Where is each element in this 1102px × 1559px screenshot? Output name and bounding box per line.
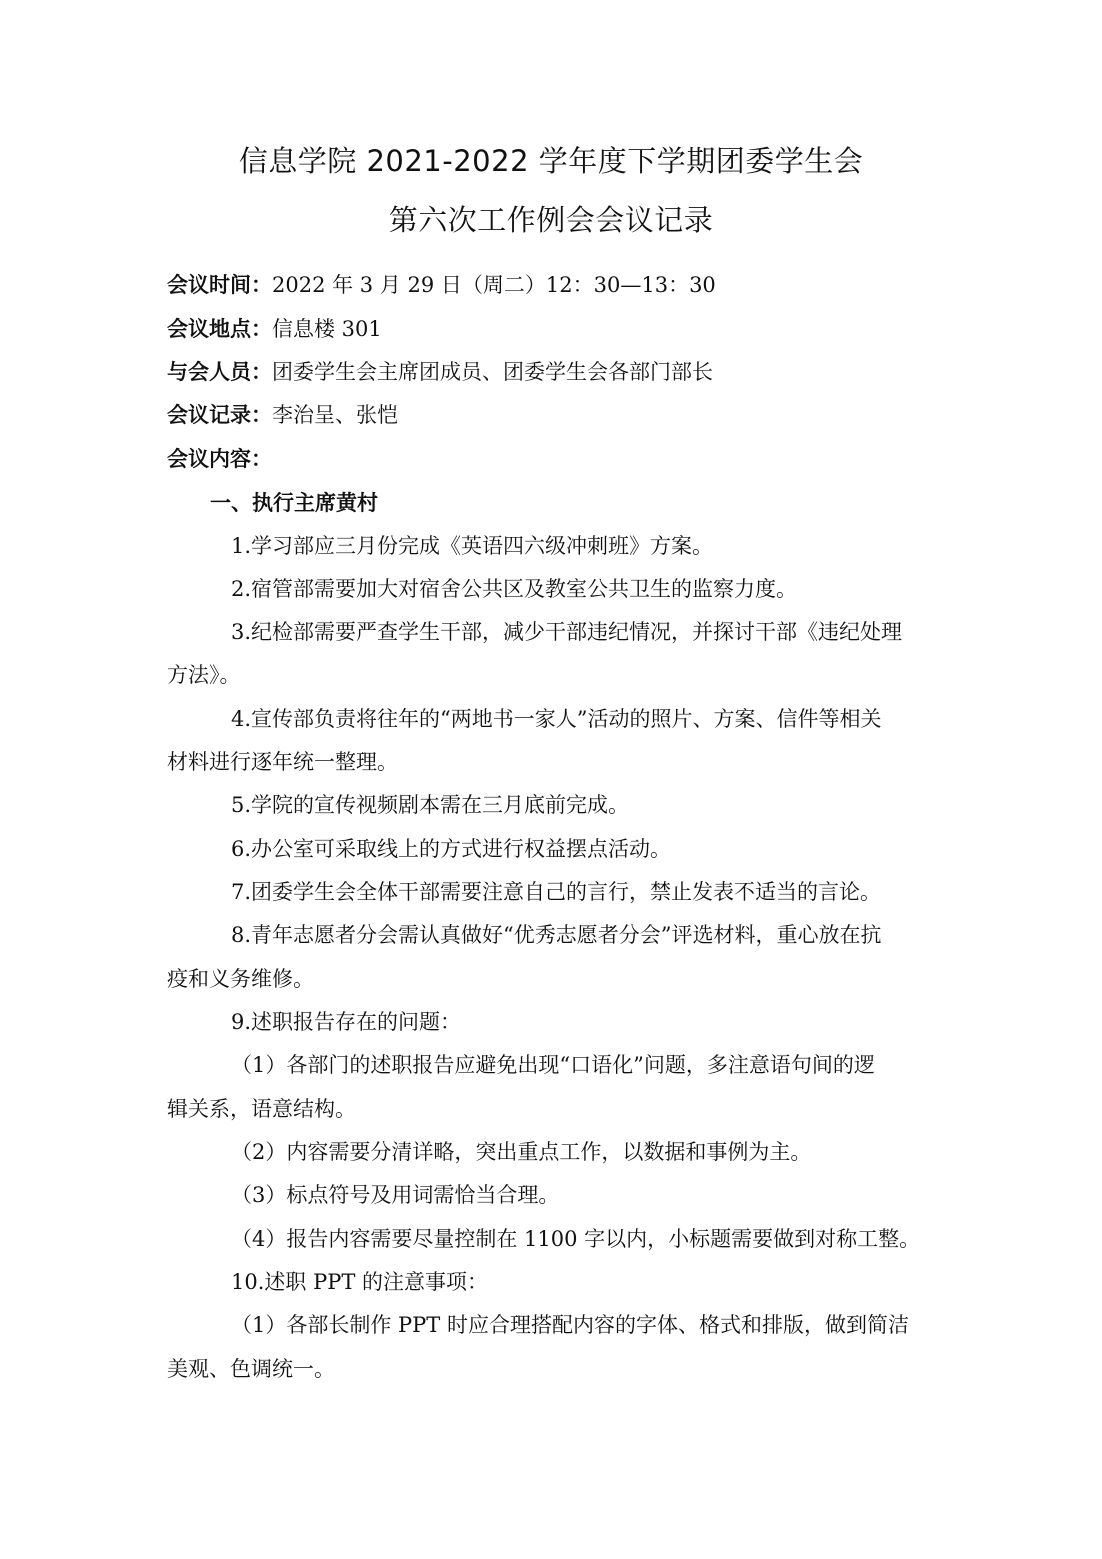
list-item-10: 10.述职 PPT 的注意事项： [231, 1267, 488, 1297]
list-item-9: 9.述职报告存在的问题： [231, 1007, 461, 1037]
document-title-line1: 信息学院 2021-2022 学年度下学期团委学生会 [0, 141, 1102, 181]
sub-item-9-1: （1）各部门的述职报告应避免出现“口语化”问题，多注意语句间的逻 [231, 1050, 875, 1080]
list-item-8-continued: 疫和义务维修。 [167, 964, 314, 994]
meeting-time-label: 会议时间： [167, 273, 272, 297]
sub-item-9-1-continued: 辑关系，语意结构。 [167, 1094, 356, 1124]
meeting-content-label: 会议内容： [167, 447, 272, 471]
list-item-3-continued: 方法》。 [167, 660, 241, 690]
meeting-recorder-label: 会议记录： [167, 403, 272, 427]
sub-item-9-3: （3）标点符号及用词需恰当合理。 [231, 1180, 559, 1210]
meeting-recorder-value: 李治呈、张恺 [272, 403, 398, 427]
list-item-1: 1.学习部应三月份完成《英语四六级冲刺班》方案。 [231, 531, 713, 561]
sub-item-10-1: （1）各部长制作 PPT 时应合理搭配内容的字体、格式和排版，做到简洁 [231, 1310, 909, 1340]
sub-item-10-1-continued: 美观、色调统一。 [167, 1354, 335, 1384]
meeting-attendees: 与会人员：团委学生会主席团成员、团委学生会各部门部长 [167, 357, 713, 387]
meeting-content: 会议内容： [167, 444, 272, 474]
list-item-8: 8.青年志愿者分会需认真做好“优秀志愿者分会”评选材料，重心放在抗 [231, 920, 882, 950]
list-item-3: 3.纪检部需要严查学生干部，减少干部违纪情况，并探讨干部《违纪处理 [231, 617, 902, 647]
meeting-time: 会议时间：2022 年 3 月 29 日（周二）12：30—13：30 [167, 270, 716, 300]
meeting-place-label: 会议地点： [167, 317, 272, 341]
meeting-attendees-label: 与会人员： [167, 360, 272, 384]
list-item-7: 7.团委学生会全体干部需要注意自己的言行，禁止发表不适当的言论。 [231, 877, 881, 907]
section-heading: 一、执行主席黄村 [210, 488, 378, 518]
document-page: 信息学院 2021-2022 学年度下学期团委学生会 第六次工作例会会议记录 会… [0, 0, 1102, 1559]
meeting-place: 会议地点：信息楼 301 [167, 314, 382, 344]
meeting-time-value: 2022 年 3 月 29 日（周二）12：30—13：30 [272, 273, 716, 297]
list-item-4-continued: 材料进行逐年统一整理。 [167, 747, 398, 777]
list-item-6: 6.办公室可采取线上的方式进行权益摆点活动。 [231, 834, 671, 864]
meeting-place-value: 信息楼 301 [272, 317, 382, 341]
list-item-4: 4.宣传部负责将往年的“两地书一家人”活动的照片、方案、信件等相关 [231, 704, 882, 734]
meeting-recorder: 会议记录：李治呈、张恺 [167, 400, 398, 430]
meeting-attendees-value: 团委学生会主席团成员、团委学生会各部门部长 [272, 360, 713, 384]
list-item-5: 5.学院的宣传视频剧本需在三月底前完成。 [231, 790, 629, 820]
sub-item-9-4: （4）报告内容需要尽量控制在 1100 字以内，小标题需要做到对称工整。 [231, 1224, 920, 1254]
sub-item-9-2: （2）内容需要分清详略，突出重点工作，以数据和事例为主。 [231, 1137, 811, 1167]
list-item-2: 2.宿管部需要加大对宿舍公共区及教室公共卫生的监察力度。 [231, 574, 797, 604]
document-title-line2: 第六次工作例会会议记录 [0, 200, 1102, 240]
